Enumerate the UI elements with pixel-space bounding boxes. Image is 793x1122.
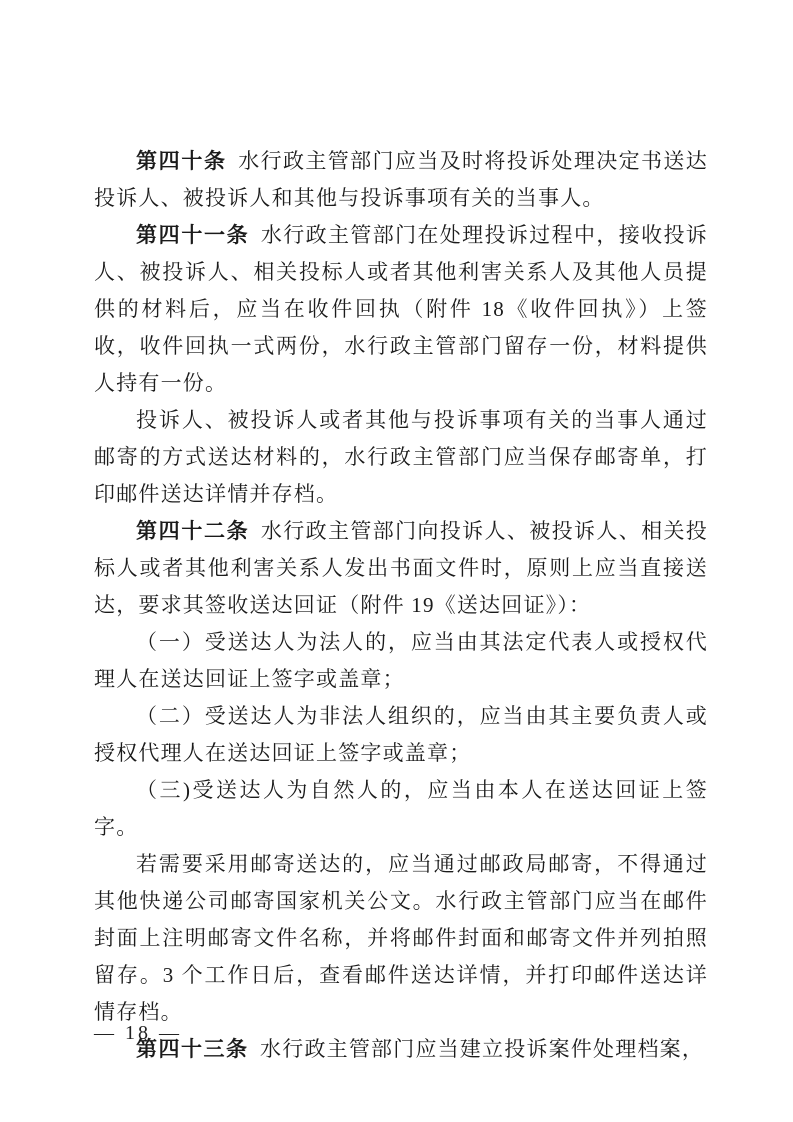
document-page: 第四十条水行政主管部门应当及时将投诉处理决定书送达投诉人、被投诉人和其他与投诉事… xyxy=(0,0,793,1122)
article-heading: 第四十二条 xyxy=(136,520,249,543)
paragraph-text: （一）受送达人为法人的，应当由其法定代表人或授权代理人在送达回证上签字或盖章； xyxy=(94,630,708,691)
paragraph-text: 水行政主管部门在处理投诉过程中，接收投诉人、被投诉人、相关投标人或者其他利害关系… xyxy=(94,223,708,395)
article-heading: 第四十一条 xyxy=(136,224,249,247)
paragraph-text: 投诉人、被投诉人或者其他与投诉事项有关的当事人通过邮寄的方式送达材料的，水行政主… xyxy=(94,408,708,506)
paragraph-article-41: 第四十一条水行政主管部门在处理投诉过程中，接收投诉人、被投诉人、相关投标人或者其… xyxy=(94,217,708,402)
paragraph-item-2: （二）受送达人为非法人组织的，应当由其主要负责人或授权代理人在送达回证上签字或盖… xyxy=(94,698,708,772)
paragraph-text: （三)受送达人为自然人的，应当由本人在送达回证上签字。 xyxy=(94,778,708,839)
paragraph-postal-rules: 若需要采用邮寄送达的，应当通过邮政局邮寄，不得通过其他快递公司邮寄国家机关公文。… xyxy=(94,846,708,1031)
page-number: — 18 — xyxy=(94,1020,182,1046)
document-body: 第四十条水行政主管部门应当及时将投诉处理决定书送达投诉人、被投诉人和其他与投诉事… xyxy=(94,143,708,1068)
paragraph-article-40: 第四十条水行政主管部门应当及时将投诉处理决定书送达投诉人、被投诉人和其他与投诉事… xyxy=(94,143,708,217)
paragraph-item-1: （一）受送达人为法人的，应当由其法定代表人或授权代理人在送达回证上签字或盖章； xyxy=(94,624,708,698)
article-heading: 第四十条 xyxy=(136,150,227,173)
paragraph-article-42: 第四十二条水行政主管部门向投诉人、被投诉人、相关投标人或者其他利害关系人发出书面… xyxy=(94,513,708,624)
paragraph-text: 水行政主管部门应当建立投诉案件处理档案， xyxy=(260,1037,704,1061)
paragraph-item-3: （三)受送达人为自然人的，应当由本人在送达回证上签字。 xyxy=(94,772,708,846)
paragraph-text: （二）受送达人为非法人组织的，应当由其主要负责人或授权代理人在送达回证上签字或盖… xyxy=(94,704,708,765)
paragraph-text: 若需要采用邮寄送达的，应当通过邮政局邮寄，不得通过其他快递公司邮寄国家机关公文。… xyxy=(94,852,708,1024)
paragraph-article-43: 第四十三条水行政主管部门应当建立投诉案件处理档案， xyxy=(94,1031,708,1068)
paragraph-mail-delivery: 投诉人、被投诉人或者其他与投诉事项有关的当事人通过邮寄的方式送达材料的，水行政主… xyxy=(94,402,708,513)
